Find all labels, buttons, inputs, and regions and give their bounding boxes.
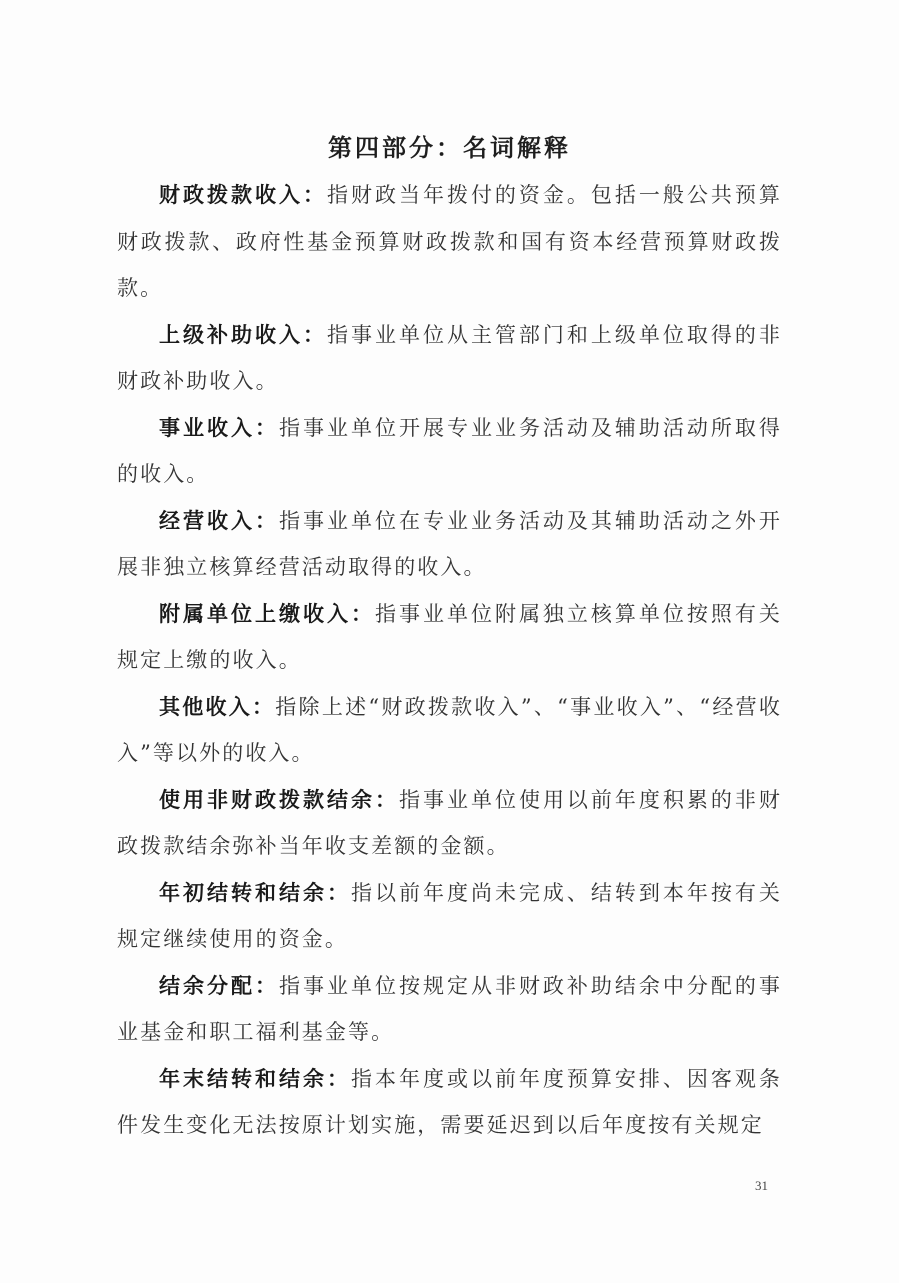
glossary-term: 其他收入：	[159, 694, 275, 719]
glossary-term: 年末结转和结余：	[159, 1066, 351, 1091]
glossary-content: 财政拨款收入：指财政当年拨付的资金。包括一般公共预算财政拨款、政府性基金预算财政…	[117, 172, 782, 1149]
glossary-term: 结余分配：	[159, 973, 279, 998]
glossary-entry: 年初结转和结余：指以前年度尚未完成、结转到本年按有关规定继续使用的资金。	[117, 870, 782, 963]
glossary-entry: 经营收入：指事业单位在专业业务活动及其辅助活动之外开展非独立核算经营活动取得的收…	[117, 498, 782, 591]
glossary-entry: 附属单位上缴收入：指事业单位附属独立核算单位按照有关规定上缴的收入。	[117, 591, 782, 684]
page-number: 31	[755, 1178, 768, 1194]
glossary-entry: 结余分配：指事业单位按规定从非财政补助结余中分配的事业基金和职工福利基金等。	[117, 963, 782, 1056]
glossary-entry: 事业收入：指事业单位开展专业业务活动及辅助活动所取得的收入。	[117, 405, 782, 498]
glossary-entry: 上级补助收入：指事业单位从主管部门和上级单位取得的非财政补助收入。	[117, 312, 782, 405]
glossary-entry: 其他收入：指除上述“财政拨款收入”、“事业收入”、“经营收入”等以外的收入。	[117, 684, 782, 777]
glossary-entry: 年末结转和结余：指本年度或以前年度预算安排、因客观条件发生变化无法按原计划实施，…	[117, 1056, 782, 1149]
glossary-term: 使用非财政拨款结余：	[159, 787, 399, 812]
document-page: 第四部分：名词解释 财政拨款收入：指财政当年拨付的资金。包括一般公共预算财政拨款…	[0, 0, 899, 1283]
glossary-entry: 使用非财政拨款结余：指事业单位使用以前年度积累的非财政拨款结余弥补当年收支差额的…	[117, 777, 782, 870]
glossary-term: 事业收入：	[159, 415, 279, 440]
glossary-entry: 财政拨款收入：指财政当年拨付的资金。包括一般公共预算财政拨款、政府性基金预算财政…	[117, 172, 782, 312]
glossary-term: 经营收入：	[159, 508, 279, 533]
glossary-term: 附属单位上缴收入：	[159, 601, 375, 626]
glossary-term: 上级补助收入：	[159, 322, 327, 347]
section-title: 第四部分：名词解释	[0, 128, 899, 163]
glossary-term: 财政拨款收入：	[159, 182, 327, 207]
glossary-term: 年初结转和结余：	[159, 880, 351, 905]
